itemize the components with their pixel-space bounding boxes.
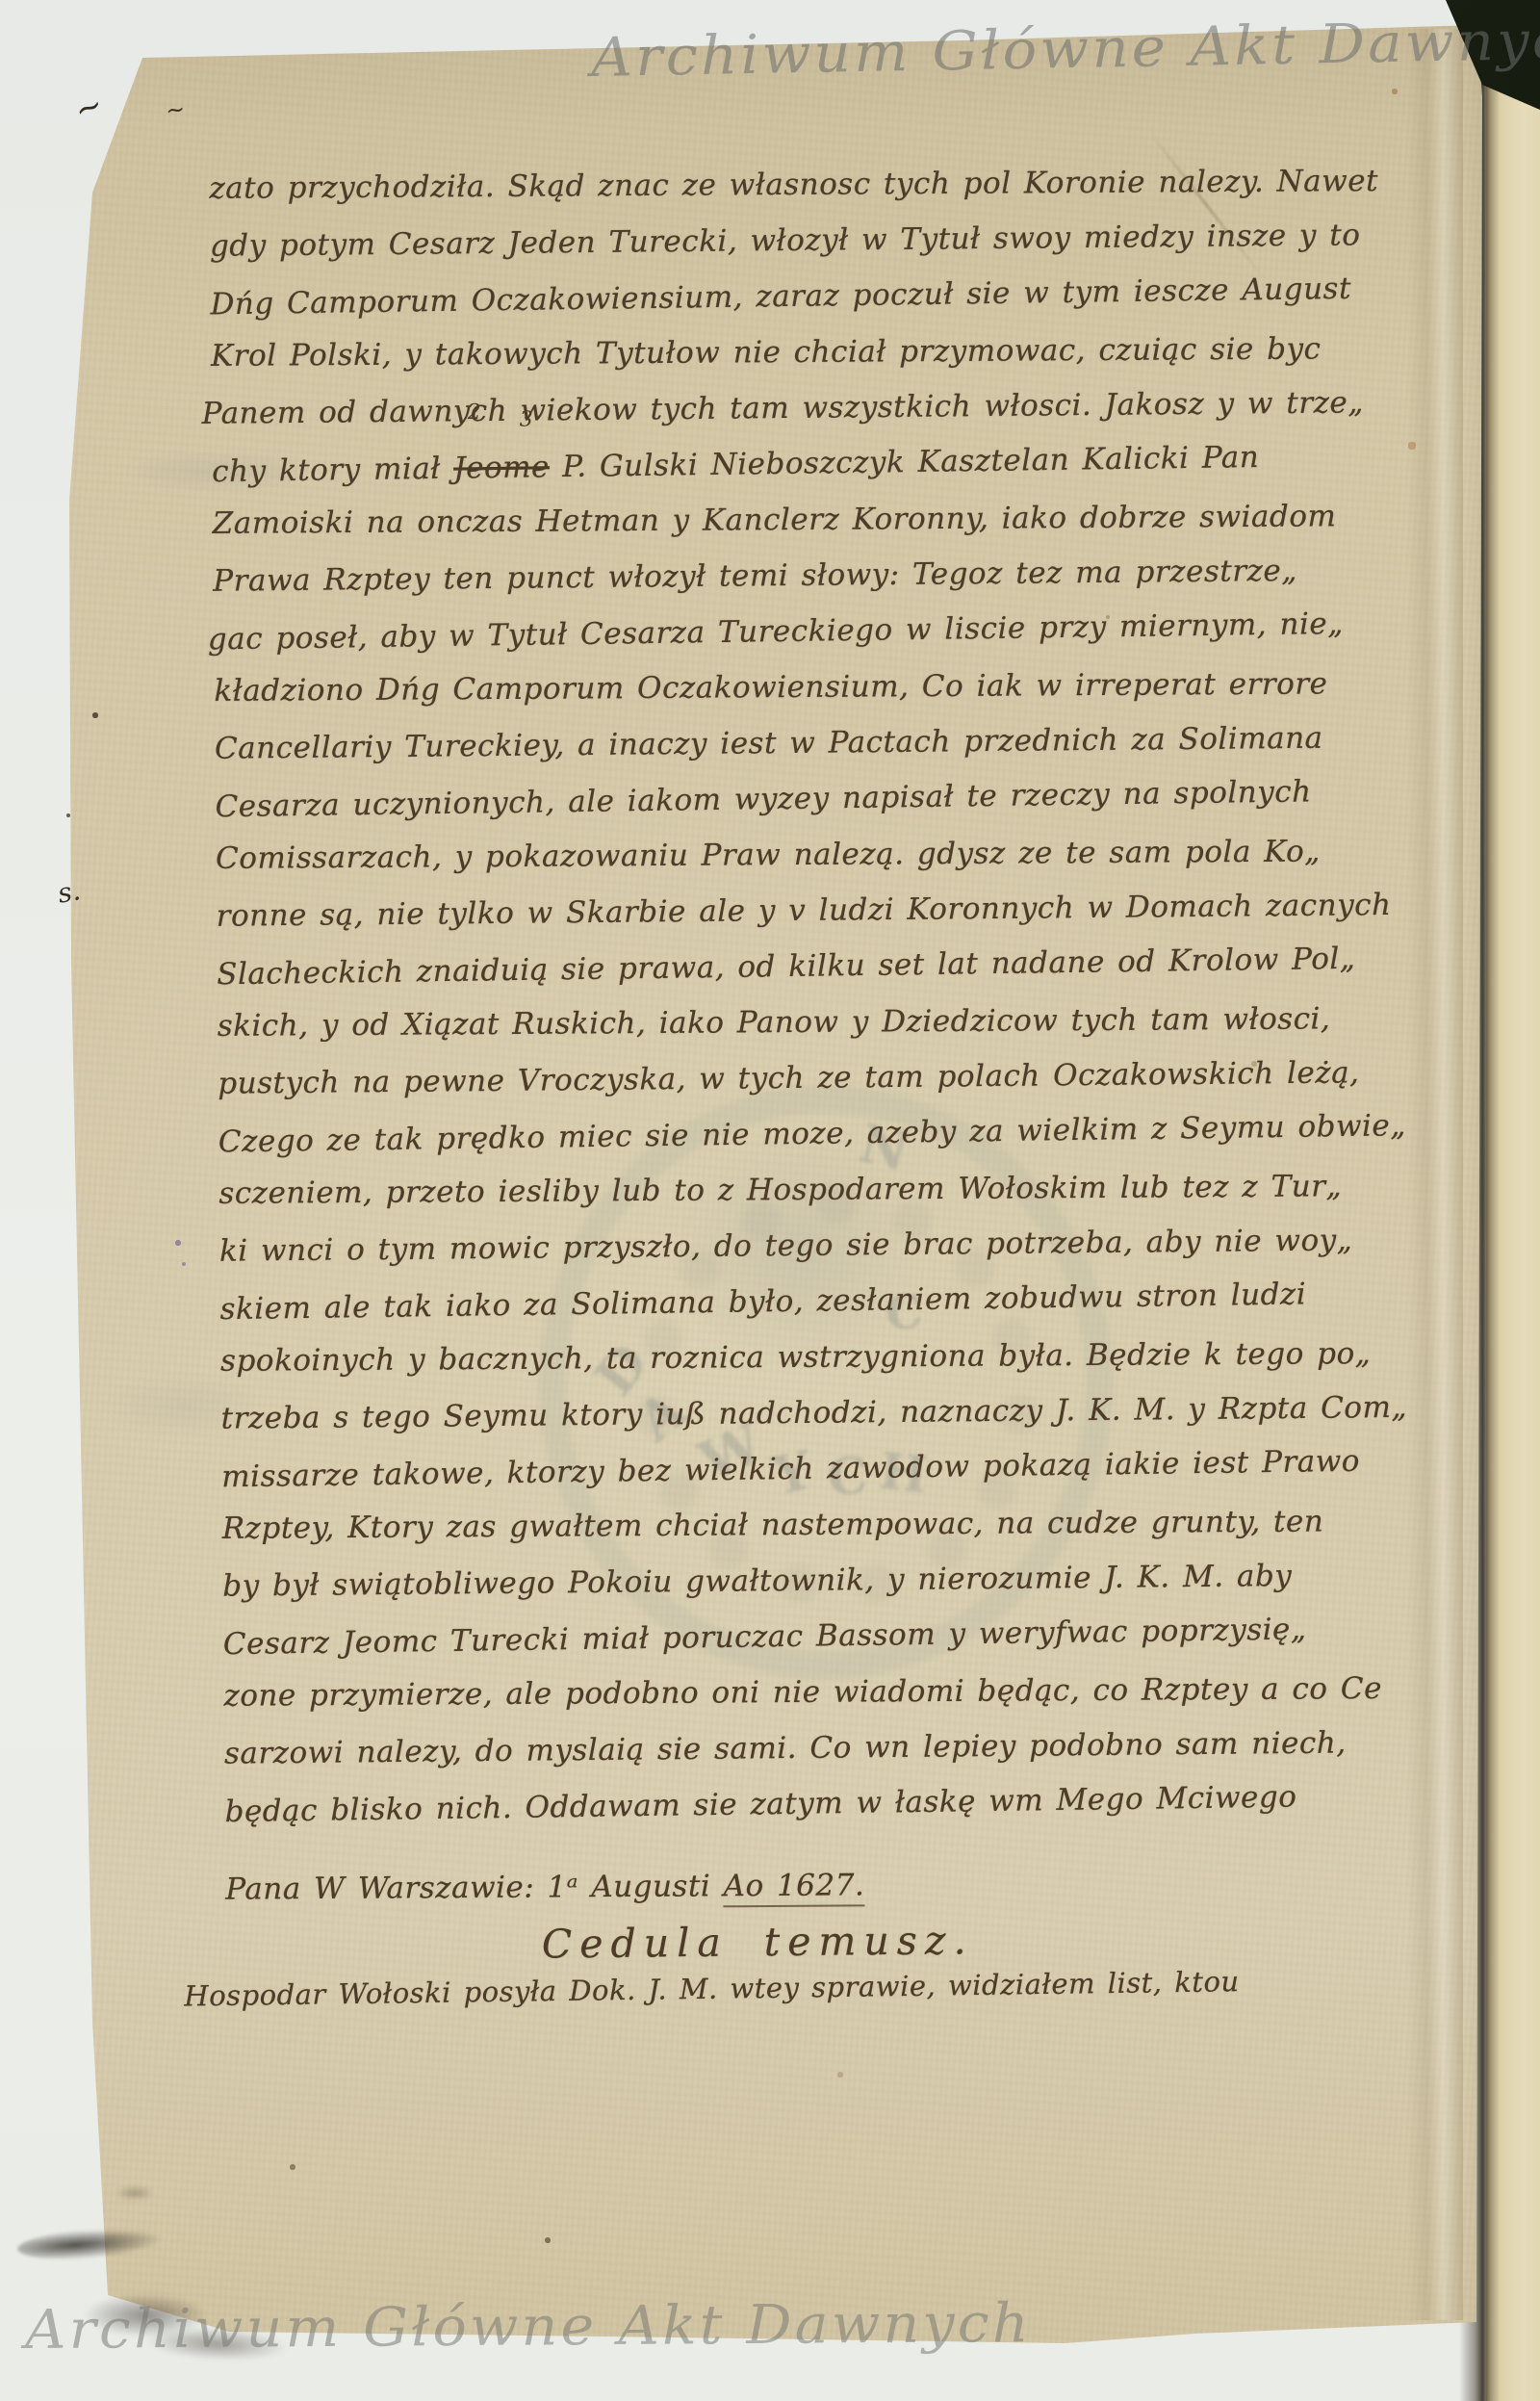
manuscript-line: Cesarz Jeomc Turecki miał poruczac Basso… (223, 1614, 1307, 1660)
manuscript-line: sczeniem, przeto iesliby lub to z Hospod… (218, 1172, 1342, 1209)
manuscript-line: Hospodar Wołoski posyła Dok. J. M. wtey … (184, 1968, 1240, 2010)
manuscript-line: spokoinych y bacznych, ta roznica wstrzy… (220, 1339, 1371, 1377)
manuscript-line: skiem ale tak iako za Solimana było, zes… (219, 1279, 1306, 1325)
manuscript-line: Rzptey, Ktory zas gwałtem chciał nastemp… (222, 1507, 1324, 1543)
manuscript-line: Pana W Warszawie: 1ᵃ Augusti Ao 1627. (225, 1871, 864, 1904)
manuscript-line: zato przychodziła. Skąd znac ze własnosc… (209, 167, 1378, 204)
handwritten-text-block: zato przychodziła. Skąd znac ze własnosc… (0, 0, 1540, 2401)
superscript-number: 2 (468, 400, 481, 425)
manuscript-line: ki wnci o tym mowic przyszło, do tego si… (219, 1226, 1353, 1266)
underlined-date: Ao 1627. (723, 1868, 864, 1907)
manuscript-line: Czego ze tak prędko miec sie nie moze, a… (218, 1111, 1406, 1157)
manuscript-line: Dńg Camporum Oczakowiensium, zaraz poczu… (210, 274, 1351, 321)
manuscript-line: chy ktory miał Jeome P. Gulski Nieboszcz… (212, 443, 1259, 487)
manuscript-line: Zamoiski na onczas Hetman y Kanclerz Kor… (213, 502, 1337, 539)
manuscript-line: skich, y od Xiązat Ruskich, iako Panow y… (218, 1004, 1331, 1041)
manuscript-line: gdy potym Cesarz Jeden Turecki, włozył w… (210, 220, 1361, 261)
manuscript-line: Panem od dawnych wiekow tych tam wszystk… (201, 388, 1364, 429)
manuscript-line: zone przymierze, ale podobno oni nie wia… (223, 1674, 1382, 1712)
manuscript-line: Slacheckich znaiduią sie prawa, od kilku… (217, 944, 1356, 991)
manuscript-line: Cesarza uczynionych, ale iakom wyzey nap… (215, 777, 1311, 822)
manuscript-line: by był swiątobliwego Pokoiu gwałtownik, … (222, 1562, 1292, 1602)
manuscript-line: Comissarzach, y pokazowaniu Praw nalezą.… (216, 837, 1321, 873)
manuscript-line: trzeba s tego Seymu ktory iuß nadchodzi,… (221, 1393, 1408, 1434)
manuscript-line: missarze takowe, ktorzy bez wielkich zaw… (221, 1447, 1360, 1493)
manuscript-line: Cancellariy Tureckiey, a inaczy iest w P… (215, 724, 1323, 764)
manuscript-line: pustych na pewne Vroczyska, w tych ze ta… (218, 1058, 1359, 1098)
manuscript-line: sarzowi nalezy, do myslaią sie sami. Co … (224, 1728, 1347, 1768)
manuscript-line: gac poseł, aby w Tytuł Cesarza Tureckieg… (208, 609, 1344, 655)
archive-watermark-bottom: Archiwum Główne Akt Dawnych (25, 2292, 1032, 2362)
manuscript-line: kładziono Dńg Camporum Oczakowiensium, C… (214, 669, 1327, 706)
manuscript-line: będąc blisko nich. Oddawam sie zatym w ł… (224, 1783, 1296, 1828)
paper-specks (0, 0, 2, 2)
margin-mark: ~ (164, 95, 187, 125)
manuscript-line: Prawa Rzptey ten punct włozył temi słowy… (213, 556, 1297, 597)
manuscript-scan: NCDAWYCH zato przychodziła. Skąd znac ze… (0, 0, 1540, 2401)
struck-word: Jeome (453, 450, 550, 485)
manuscript-line: ronne są, nie tylko w Skarbie ale y v lu… (217, 891, 1392, 932)
superscript-number: 3 (520, 408, 533, 432)
manuscript-line: Krol Polski, y takowych Tytułow nie chci… (211, 334, 1322, 371)
manuscript-line: Cedula temusz. (542, 1921, 974, 1964)
